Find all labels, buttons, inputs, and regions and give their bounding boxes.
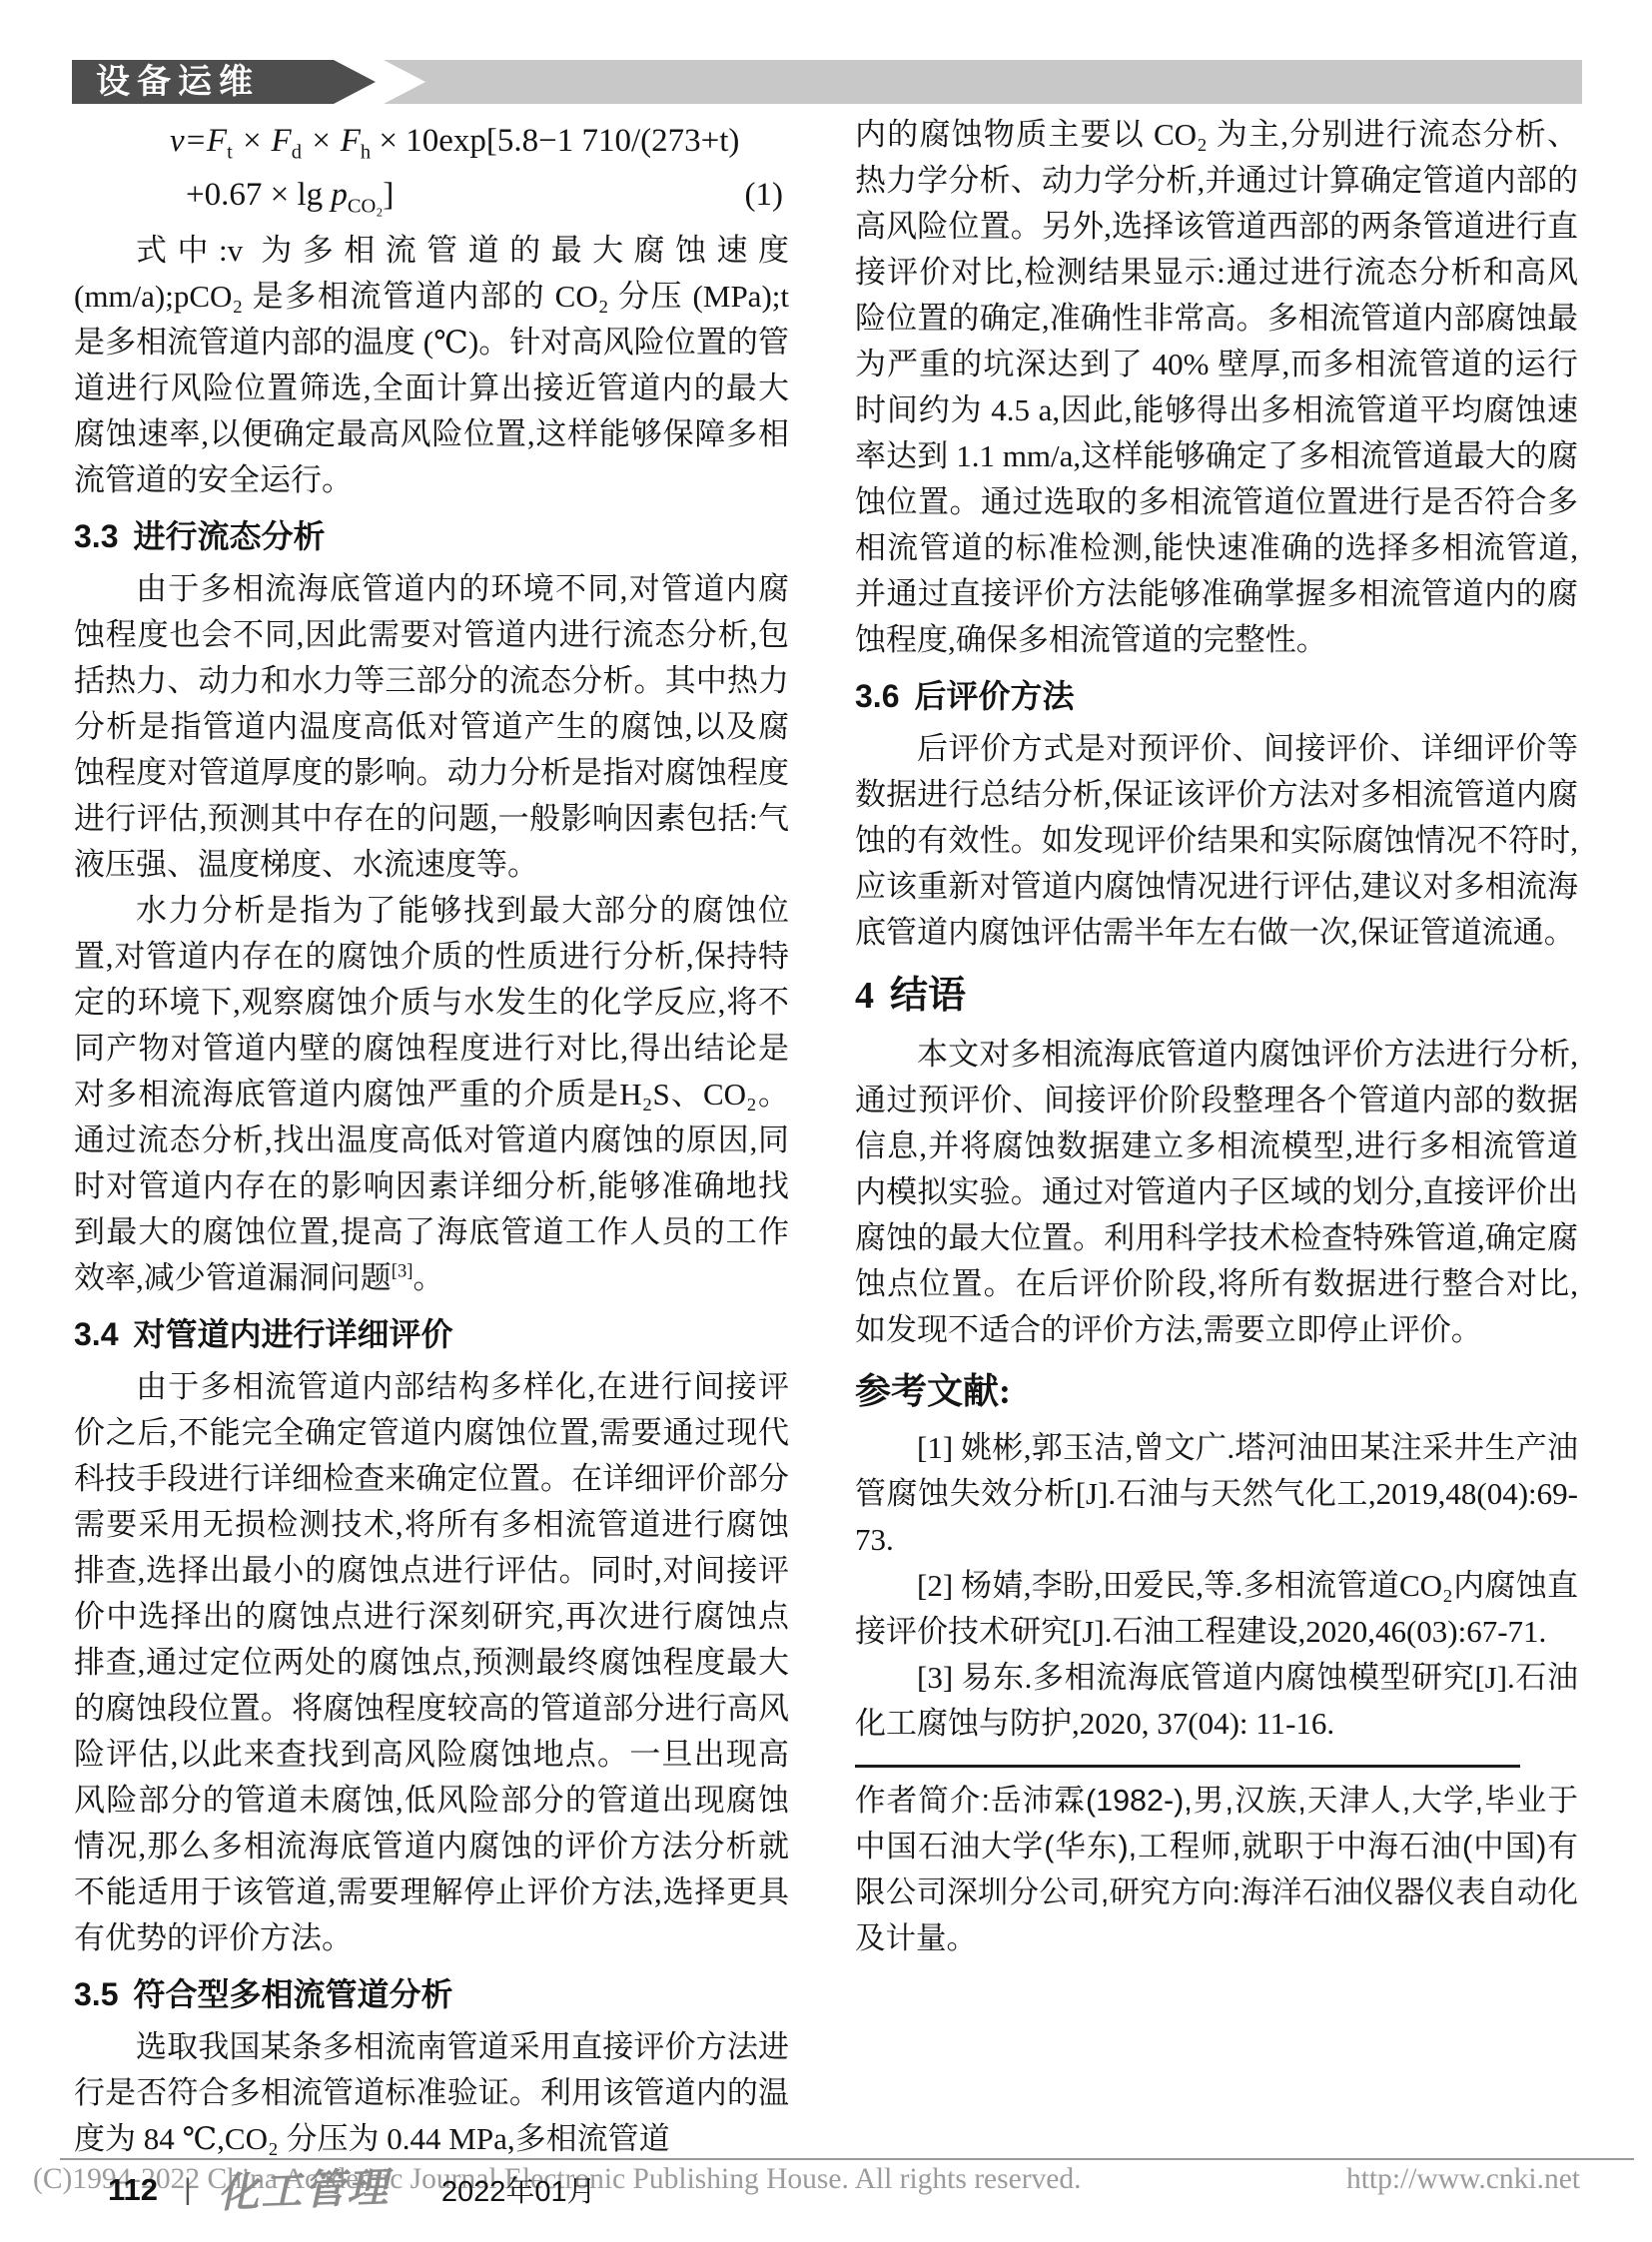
- equation-number: (1): [745, 168, 783, 222]
- footer-separator: |: [184, 2173, 192, 2207]
- heading-3-3-title: 进行流态分析: [133, 518, 325, 554]
- section-banner-trail: [384, 60, 1582, 104]
- heading-3-5-number: 3.5: [74, 1976, 118, 2012]
- equation-1-line-1: v=Ft × Fd × Fh × 10exp[5.8−1 710/(273+t): [74, 114, 789, 168]
- citation-ref-3: [3]: [392, 1261, 413, 1282]
- reference-2: [2] 杨婧,李盼,田爱民,等.多相流管道CO₂内腐蚀直接评价技术研究[J].石…: [855, 1563, 1578, 1655]
- right-column: 内的腐蚀物质主要以 CO₂ 为主,分别进行流态分析、热力学分析、动力学分析,并通…: [855, 112, 1578, 1961]
- heading-3-5: 3.5符合型多相流管道分析: [74, 1974, 789, 2014]
- watermark-url: http://www.cnki.net: [1346, 2163, 1580, 2196]
- references-heading: 参考文献:: [855, 1367, 1578, 1415]
- journal-page: 设备运维 v=Ft × Fd × Fh × 10exp[5.8−1 710/(2…: [0, 0, 1652, 2242]
- heading-3-5-title: 符合型多相流管道分析: [133, 1976, 452, 2012]
- paragraph-hydraulic-analysis: 水力分析是指为了能够找到最大部分的腐蚀位置,对管道内存在的腐蚀介质的性质进行分析…: [74, 888, 789, 1301]
- equation-1: v=Ft × Fd × Fh × 10exp[5.8−1 710/(273+t)…: [74, 114, 789, 222]
- heading-3-6-title: 后评价方法: [914, 678, 1074, 714]
- reference-1: [1] 姚彬,郭玉洁,曾文广.塔河油田某注采井生产油管腐蚀失效分析[J].石油与…: [855, 1425, 1578, 1563]
- heading-3-4-number: 3.4: [74, 1316, 118, 1352]
- heading-3-6: 3.6后评价方法: [855, 676, 1578, 716]
- paragraph-conforming-pipeline: 选取我国某条多相流南管道采用直接评价方法进行是否符合多相流管道标准验证。利用该管…: [74, 2024, 789, 2162]
- equation-1-line-2: +0.67 × lg pCO₂](1): [74, 168, 789, 222]
- page-footer: 112 | 化工管理 2022年01月: [108, 2169, 596, 2210]
- paragraph-formula-note: 式中:v 为多相流管道的最大腐蚀速度 (mm/a);pCO₂ 是多相流管道内部的…: [74, 228, 789, 503]
- heading-3-4: 3.4对管道内进行详细评价: [74, 1314, 789, 1354]
- author-bio-divider: [855, 1765, 1520, 1768]
- heading-4-conclusion: 4结语: [855, 972, 1578, 1020]
- left-column: v=Ft × Fd × Fh × 10exp[5.8−1 710/(273+t)…: [74, 112, 789, 2162]
- page-number: 112: [108, 2172, 158, 2208]
- issue-date: 2022年01月: [441, 2169, 596, 2210]
- heading-4-number: 4: [855, 975, 874, 1017]
- heading-3-6-number: 3.6: [855, 678, 899, 714]
- paragraph-post-evaluation: 后评价方式是对预评价、间接评价、详细评价等数据进行总结分析,保证该评价方法对多相…: [855, 726, 1578, 956]
- paragraph-continuation: 内的腐蚀物质主要以 CO₂ 为主,分别进行流态分析、热力学分析、动力学分析,并通…: [855, 112, 1578, 663]
- journal-logo: 化工管理: [217, 2167, 390, 2213]
- paragraph-conclusion: 本文对多相流海底管道内腐蚀评价方法进行分析,通过预评价、间接评价阶段整理各个管道…: [855, 1032, 1578, 1353]
- section-banner: 设备运维: [72, 60, 1582, 104]
- heading-3-3: 3.3进行流态分析: [74, 516, 789, 556]
- heading-3-3-number: 3.3: [74, 518, 118, 554]
- paragraph-detailed-evaluation: 由于多相流管道内部结构多样化,在进行间接评价之后,不能完全确定管道内腐蚀位置,需…: [74, 1364, 789, 1961]
- section-banner-label: 设备运维: [72, 60, 376, 104]
- reference-3: [3] 易东.多相流海底管道内腐蚀模型研究[J].石油化工腐蚀与防护,2020,…: [855, 1655, 1578, 1747]
- paragraph-flow-analysis: 由于多相流海底管道内的环境不同,对管道内腐蚀程度也会不同,因此需要对管道内进行流…: [74, 566, 789, 888]
- author-bio: 作者简介:岳沛霖(1982-),男,汉族,天津人,大学,毕业于中国石油大学(华东…: [855, 1778, 1578, 1961]
- section-banner-arrow: 设备运维: [72, 60, 376, 104]
- footer-divider: [60, 2158, 1634, 2160]
- heading-3-4-title: 对管道内进行详细评价: [133, 1316, 452, 1352]
- heading-4-title: 结语: [890, 975, 966, 1017]
